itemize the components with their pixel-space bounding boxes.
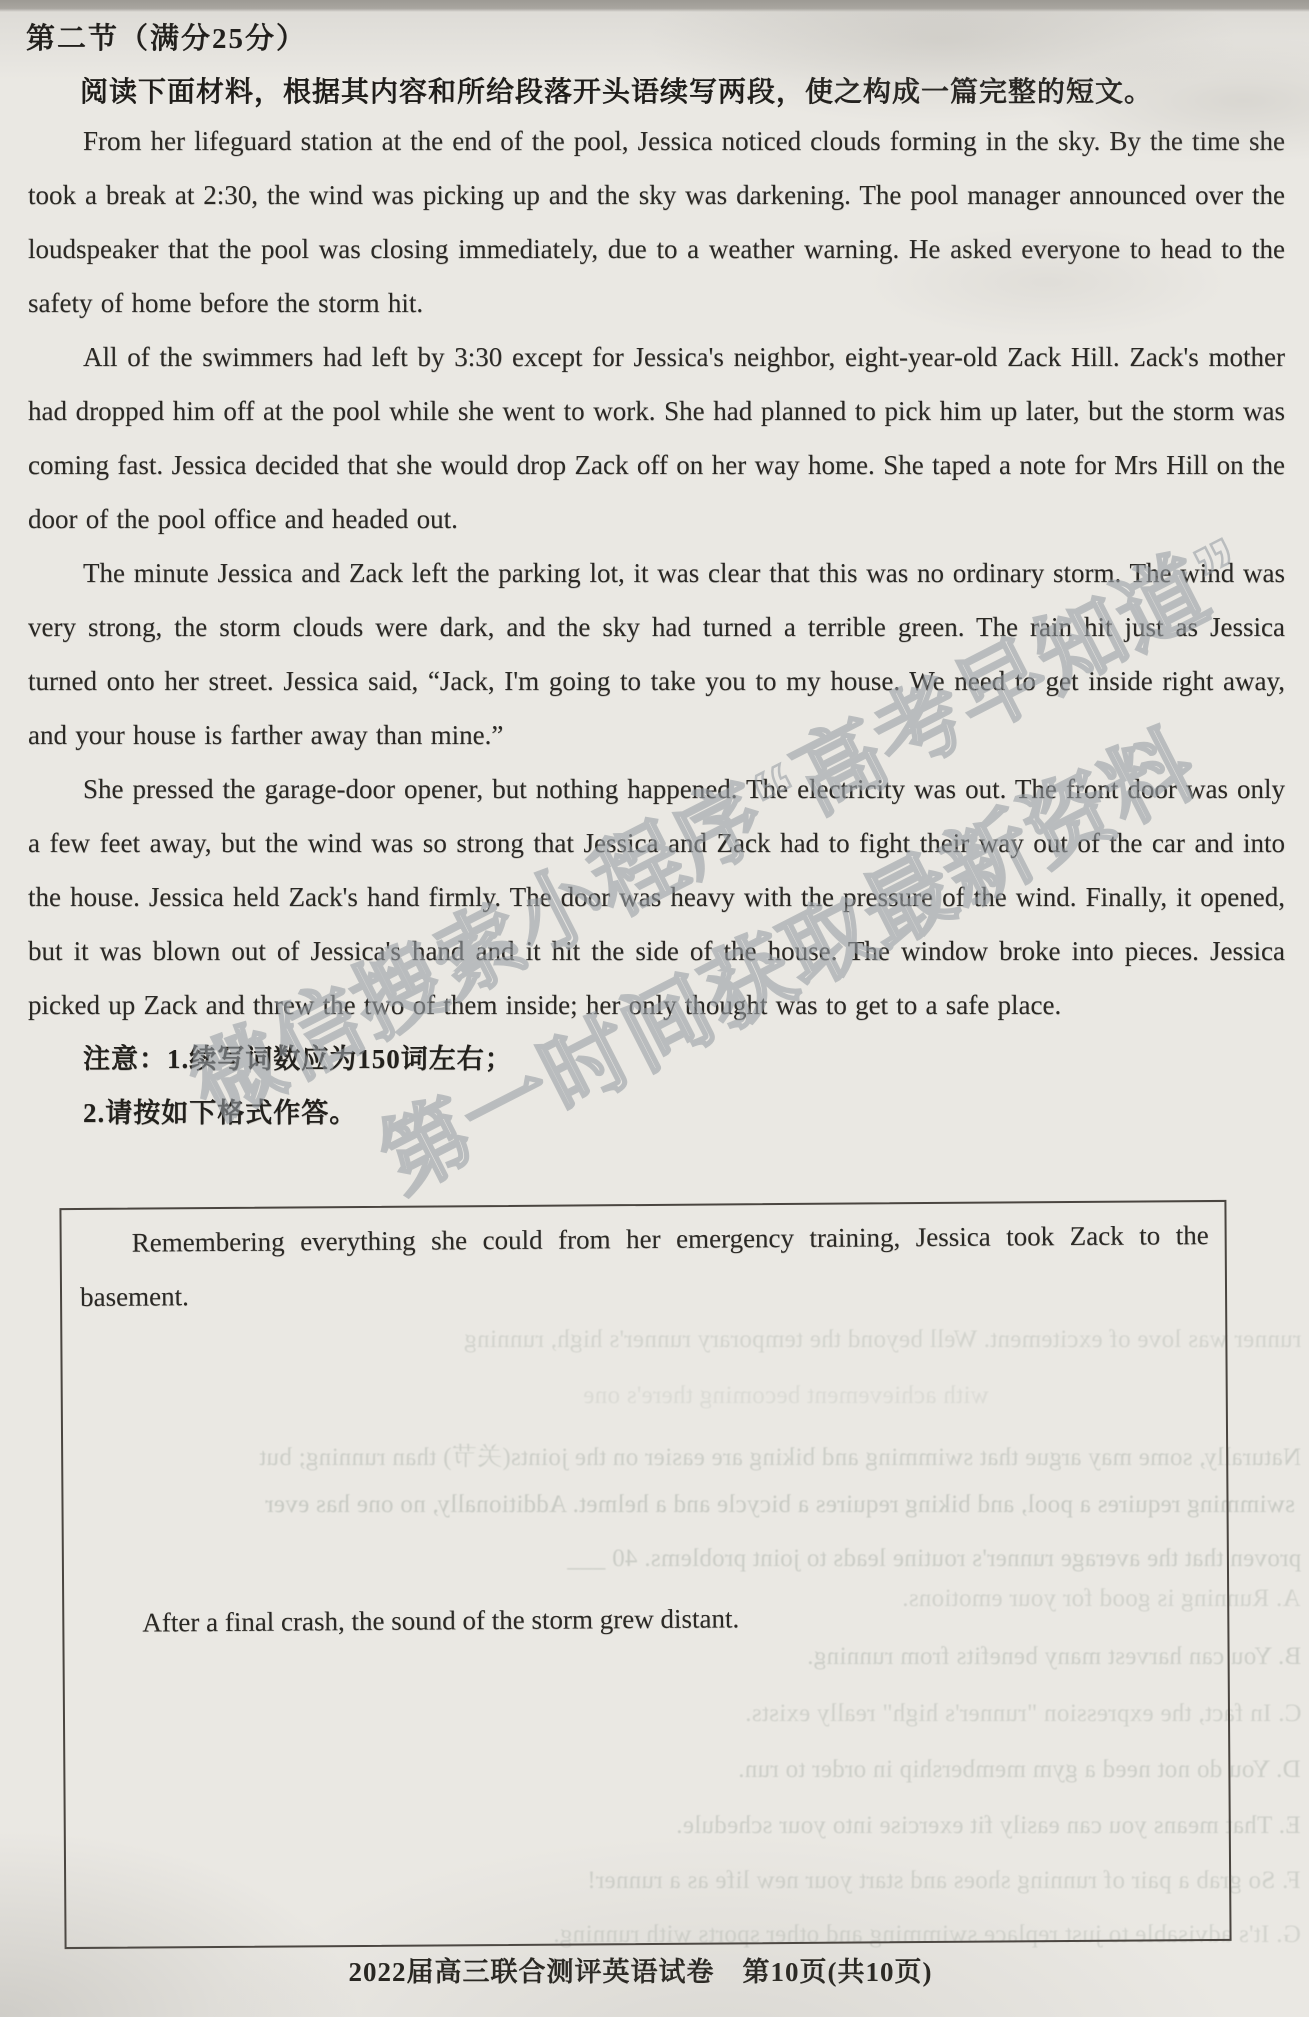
passage-paragraph: From her lifeguard station at the end of… <box>28 114 1285 330</box>
passage-body: From her lifeguard station at the end of… <box>28 114 1285 1140</box>
task-instruction: 阅读下面材料，根据其内容和所给段落开头语续写两段，使之构成一篇完整的短文。 <box>80 70 1153 110</box>
passage-paragraph: The minute Jessica and Zack left the par… <box>28 546 1285 762</box>
passage-paragraph: She pressed the garage-door opener, but … <box>28 762 1285 1032</box>
passage-paragraph: All of the swimmers had left by 3:30 exc… <box>28 330 1285 546</box>
page-footer: 2022届高三联合测评英语试卷 第10页(共10页) <box>0 1950 1295 1989</box>
opening-sentence-2: After a final crash, the sound of the st… <box>82 1588 1211 1650</box>
scan-edge-band <box>0 0 1309 12</box>
scanned-exam-page: 第二节（满分25分） 阅读下面材料，根据其内容和所给段落开头语续写两段，使之构成… <box>0 0 1309 2017</box>
answer-format-box: Remembering everything she could from he… <box>59 1200 1231 1949</box>
note-format: 2.请按如下格式作答。 <box>28 1086 1285 1140</box>
note-word-count: 注意：1.续写词数应为150词左右； <box>28 1032 1285 1086</box>
section-heading: 第二节（满分25分） <box>26 16 307 57</box>
opening-sentence-1: Remembering everything she could from he… <box>79 1208 1209 1324</box>
